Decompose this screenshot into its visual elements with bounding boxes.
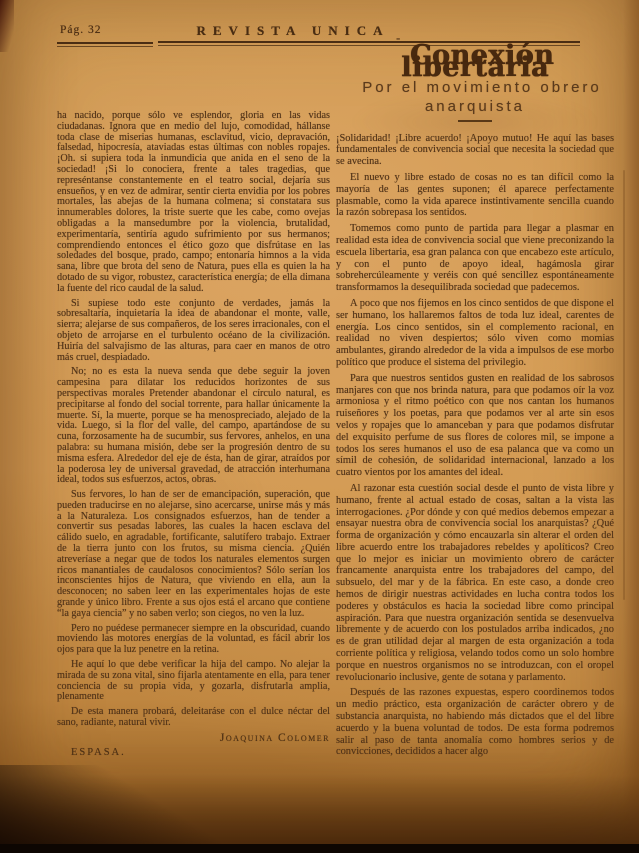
left-paragraph: De esta manera probará, deleitaráse con …: [57, 707, 330, 729]
bottom-left-corner-shadow: [0, 765, 240, 845]
article-headline: Conexión libertaria: [336, 50, 614, 74]
right-paragraph: Al razonar esta cuestión social desde el…: [336, 483, 614, 684]
author-signature: Joaquina Colomer: [57, 733, 330, 744]
ink-bleedthrough-stain: [350, 92, 600, 152]
right-edge-shade: [623, 0, 639, 853]
left-paragraph: Si supiese todo este conjunto de verdade…: [57, 299, 330, 364]
right-paragraph: A poco que nos fijemos en los cinco sent…: [336, 298, 614, 369]
left-paragraph: ha nacido, porque sólo ve esplendor, glo…: [57, 111, 330, 295]
top-left-corner-shadow: [0, 0, 14, 52]
right-paragraph: Para que nuestros sentidos gusten en rea…: [336, 373, 614, 479]
imprint-label: ESPASA.: [57, 748, 330, 759]
left-paragraph: He aquí lo que debe verificar la hija de…: [57, 660, 330, 703]
paper-stain: [90, 420, 270, 640]
masthead-title: REVISTA UNICA: [168, 23, 418, 39]
scan-dark-strip: [0, 844, 639, 853]
paper-crease-line: [623, 170, 625, 600]
page-number-label: Pág. 32: [60, 24, 102, 36]
header-rule-left-segment: [57, 42, 153, 47]
scanned-magazine-frame: Pág. 32 REVISTA UNICA - ha nacido, porqu…: [0, 0, 639, 853]
right-text-column: Conexión libertaria Por el movimiento ob…: [336, 50, 614, 762]
right-paragraph: Después de las razones expuestas, espero…: [336, 687, 614, 758]
right-paragraph: El nuevo y libre estado de cosas no es t…: [336, 172, 614, 219]
right-paragraph: Tomemos como punto de partida para llega…: [336, 223, 614, 294]
magazine-page: Pág. 32 REVISTA UNICA - ha nacido, porqu…: [0, 0, 639, 853]
